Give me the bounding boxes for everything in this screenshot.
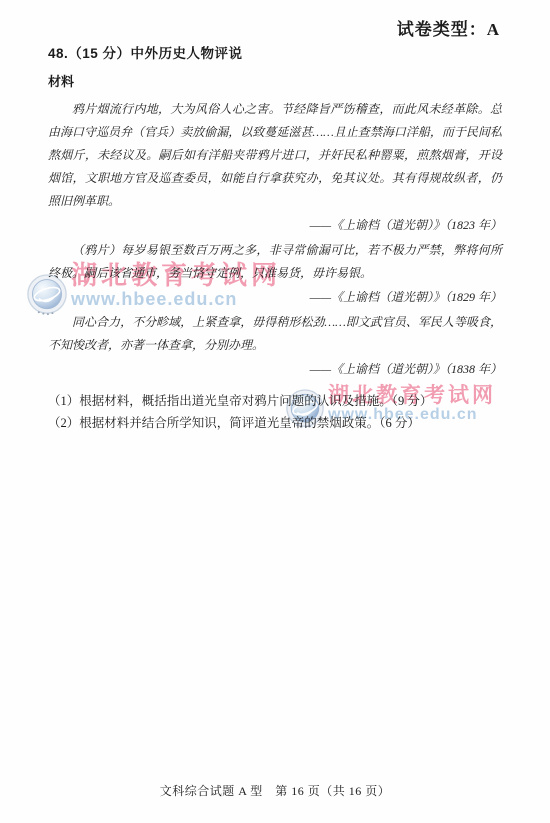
material-citation: ——《上谕档（道光朝）》（1829 年） — [48, 286, 502, 309]
paper-type-label: 试卷类型：A — [397, 15, 500, 40]
question-block: 48.（15 分）中外历史人物评说 材料 鸦片烟流行内地，大为风俗人心之害。节经… — [48, 42, 502, 434]
exam-page: 湖北教育考试网 www.hbee.edu.cn 湖北教育考试网 — [0, 0, 550, 823]
material-label: 材料 — [48, 71, 502, 90]
material-paragraph: （鸦片）每岁易银至数百万两之多，非寻常偷漏可比，若不极力严禁，弊将何所终极。嗣后… — [48, 239, 502, 285]
material-paragraph: 鸦片烟流行内地，大为风俗人心之害。节经降旨严饬稽查，而此风未经革除。总由海口守巡… — [48, 98, 502, 213]
sub-question-1: （1）根据材料，概括指出道光皇帝对鸦片问题的认识及措施。（9 分） — [48, 390, 502, 412]
material-paragraph: 同心合力，不分畛域，上紧查拿，毋得稍形松劲……即文武官员、军民人等吸食，不知悛改… — [48, 311, 502, 357]
sub-questions: （1）根据材料，概括指出道光皇帝对鸦片问题的认识及措施。（9 分） （2）根据材… — [48, 390, 502, 434]
page-footer: 文科综合试题 A 型 第 16 页（共 16 页） — [0, 782, 550, 799]
material-citation: ——《上谕档（道光朝）》（1823 年） — [48, 214, 502, 237]
question-heading: 48.（15 分）中外历史人物评说 — [48, 42, 502, 62]
sub-question-2: （2）根据材料并结合所学知识，简评道光皇帝的禁烟政策。（6 分） — [48, 412, 502, 434]
material-citation: ——《上谕档（道光朝）》（1838 年） — [48, 358, 502, 381]
